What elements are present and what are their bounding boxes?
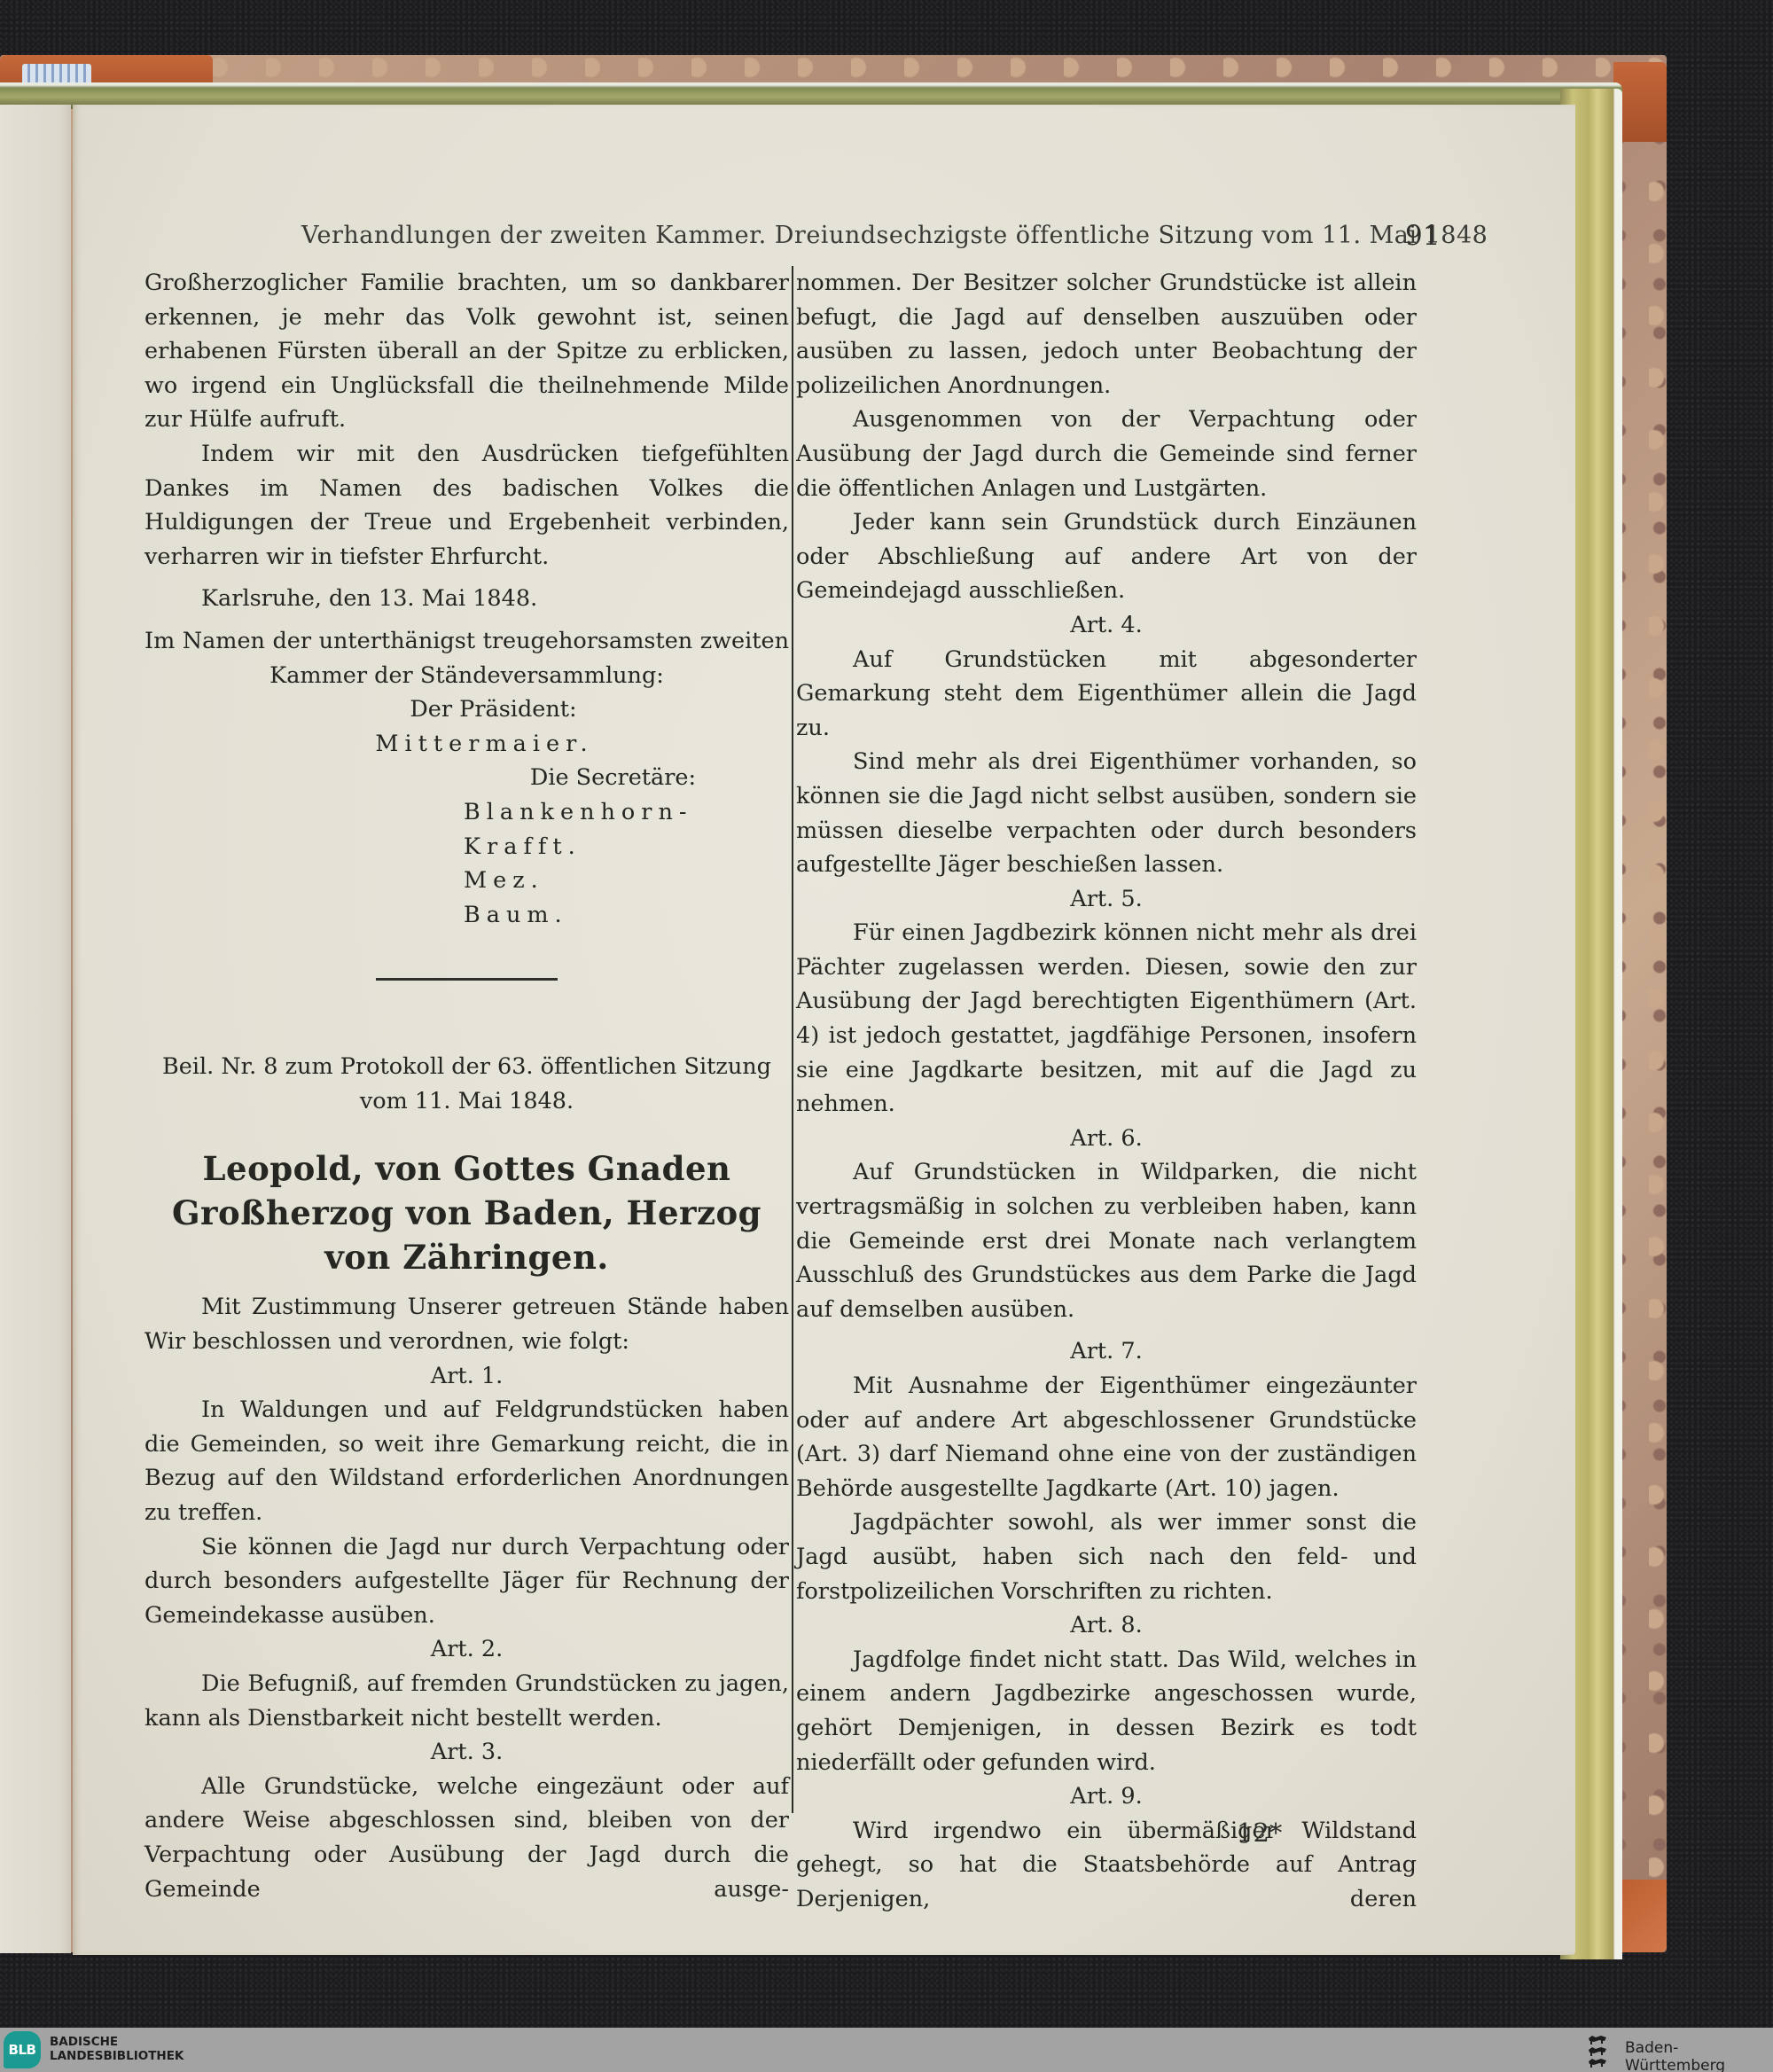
baden-wuerttemberg-lions-icon: [1587, 2033, 1608, 2068]
paragraph: Indem wir mit den Ausdrücken tiefgefühlt…: [144, 437, 789, 574]
article-label: Art. 8.: [796, 1608, 1417, 1643]
paragraph: In Waldungen und auf Feldgrundstücken ha…: [144, 1393, 789, 1529]
paragraph: Für einen Jagdbezirk können nicht mehr a…: [796, 916, 1417, 1122]
column-divider: [792, 266, 793, 1813]
paragraph: Großherzoglicher Familie brachten, um so…: [144, 266, 789, 437]
paragraph: nommen. Der Besitzer solcher Grundstücke…: [796, 266, 1417, 403]
left-column: Großherzoglicher Familie brachten, um so…: [144, 266, 789, 1906]
place-date: Karlsruhe, den 13. Mai 1848.: [144, 582, 789, 616]
paragraph: Mit Ausnahme der Eigenthümer eingezäunte…: [796, 1369, 1417, 1505]
paragraph: Jagdpächter sowohl, als wer immer sonst …: [796, 1505, 1417, 1608]
section-rule: [376, 978, 558, 981]
article-label: Art. 2.: [144, 1632, 789, 1667]
paragraph: Die Befugniß, auf fremden Grundstücken z…: [144, 1667, 789, 1735]
printer-signature-mark: 12*: [1237, 1818, 1282, 1848]
paragraph: Ausgenommen von der Verpachtung oder Aus…: [796, 403, 1417, 505]
paragraph: Alle Grundstücke, welche eingezäunt oder…: [144, 1770, 789, 1906]
previous-page-edge: [0, 105, 71, 1953]
secretaries-label: Die Secretäre:: [144, 761, 789, 795]
decree-title: Leopold, von Gottes Gnaden Großherzog vo…: [144, 1146, 789, 1279]
paragraph: Auf Grundstücken in Wildparken, die nich…: [796, 1155, 1417, 1326]
article-label: Art. 3.: [144, 1735, 789, 1770]
page-number: 91: [1405, 220, 1440, 252]
state-name[interactable]: Baden-Württemberg: [1625, 2039, 1773, 2072]
running-head: Verhandlungen der zweiten Kammer. Dreiun…: [301, 222, 1303, 249]
secretary-name: Baum.: [144, 898, 789, 933]
library-name[interactable]: BADISCHE LANDESBIBLIOTHEK: [50, 2035, 184, 2063]
right-column: nommen. Der Besitzer solcher Grundstücke…: [796, 266, 1417, 1917]
article-label: Art. 7.: [796, 1334, 1417, 1369]
paragraph: Sie können die Jagd nur durch Verpachtun…: [144, 1530, 789, 1633]
president-name: Mittermaier.: [144, 727, 789, 762]
secretary-name: Blankenhorn-Krafft.: [144, 795, 789, 864]
article-label: Art. 1.: [144, 1359, 789, 1394]
viewer-footer: BLB BADISCHE LANDESBIBLIOTHEK Baden-Würt…: [0, 2028, 1773, 2072]
article-label: Art. 5.: [796, 882, 1417, 917]
paragraph: Jeder kann sein Grundstück durch Einzäun…: [796, 505, 1417, 608]
closing-formula: Kammer der Ständeversammlung:: [144, 659, 789, 693]
paragraph: Sind mehr als drei Eigenthümer vorhanden…: [796, 745, 1417, 881]
president-label: Der Präsident:: [144, 692, 789, 727]
appendix-heading: Beil. Nr. 8 zum Protokoll der 63. öffent…: [144, 1050, 789, 1118]
preamble: Mit Zustimmung Unserer getreuen Stände h…: [144, 1290, 789, 1358]
paragraph: Wird irgendwo ein übermäßiger Wildstand …: [796, 1814, 1417, 1917]
article-label: Art. 4.: [796, 608, 1417, 643]
library-name-line2: LANDESBIBLIOTHEK: [50, 2049, 184, 2063]
library-name-line1: BADISCHE: [50, 2035, 184, 2049]
article-label: Art. 6.: [796, 1122, 1417, 1156]
closing-formula: Im Namen der unterthänigst treugehorsams…: [144, 624, 789, 659]
paragraph: Auf Grundstücken mit abgesonderter Gemar…: [796, 643, 1417, 746]
blb-logo-icon[interactable]: BLB: [4, 2031, 41, 2068]
secretary-name: Mez.: [144, 864, 789, 898]
paragraph: Jagdfolge findet nicht statt. Das Wild, …: [796, 1643, 1417, 1779]
article-label: Art. 9.: [796, 1779, 1417, 1814]
